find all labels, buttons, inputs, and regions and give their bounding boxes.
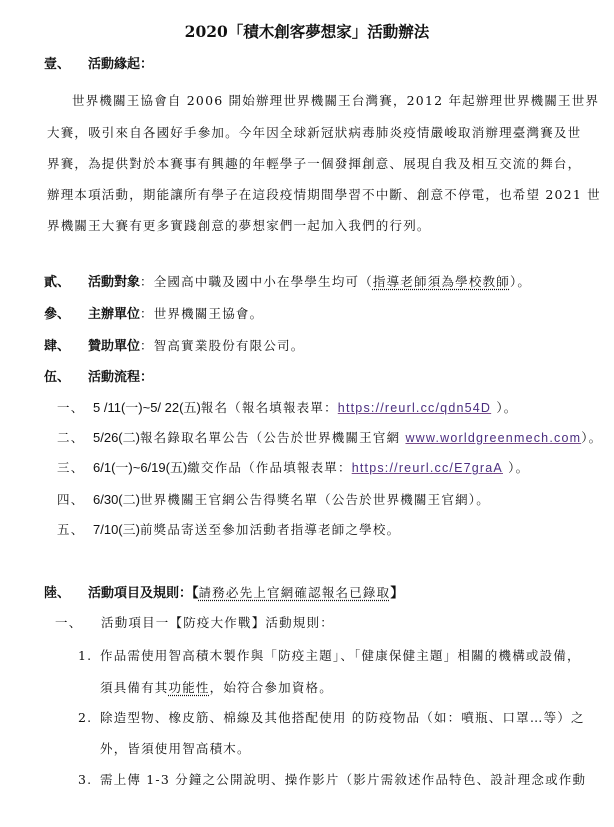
bracket-close: 】 (390, 586, 403, 601)
section-number: 陸、 (44, 586, 88, 602)
section-text: ）。 (510, 274, 531, 289)
schedule-item: 三、6/1(一)~6/19(五)繳交作品（作品填報表單：https://reur… (57, 460, 529, 476)
rule-number: 3. (78, 772, 100, 788)
section-label: 贊助單位 (88, 339, 140, 354)
underlined-term: 功能性 (169, 680, 210, 695)
schedule-item: 四、6/30(二)世界機關王官網公告得獎名單（公告於世界機關王官網）。 (57, 492, 490, 508)
rule-item-continuation: 須具備有其功能性，始符合參加資格。 (100, 680, 333, 696)
section-6-heading: 陸、活動項目及規則：【請務必先上官網確認報名已錄取】 (44, 585, 403, 602)
section-label: 活動緣起： (88, 57, 153, 72)
item-text: 世界機關王官網公告得獎名單（公告於世界機關王官網）。 (140, 492, 490, 507)
rule-number: 2. (78, 710, 100, 726)
item-text: ）。 (491, 400, 517, 415)
section-number: 壹、 (44, 57, 88, 73)
paragraph-line: 辦理本項活動，期能讓所有學子在這段疫情期間學習不中斷、創意不停電，也希望 202… (47, 187, 601, 203)
sub-item-heading: 一、活動項目一【防疫大作戰】活動規則： (55, 615, 334, 631)
item-number: 三、 (57, 460, 93, 476)
sub-item-text: 活動項目一【防疫大作戰】活動規則： (101, 615, 334, 630)
item-number: 一、 (57, 400, 93, 416)
paragraph-line: 界賽，為提供對於本賽事有興趣的年輕學子一個發揮創意、展現自我及相互交流的舞台， (47, 156, 581, 172)
section-label: 主辦單位 (88, 307, 140, 322)
item-date: 7/10(三) (93, 522, 140, 537)
item-text: ）。 (581, 430, 602, 445)
section-number: 伍、 (44, 370, 88, 386)
section-number: 貳、 (44, 275, 88, 291)
section-4-heading: 肆、贊助單位：智高實業股份有限公司。 (44, 338, 304, 355)
rule-number: 1. (78, 648, 100, 664)
item-text: 報名（報名填報表單： (201, 400, 338, 415)
section-text: ：全國高中職及國中小在學學生均可（ (140, 274, 373, 289)
section-label: 活動對象 (88, 275, 140, 290)
schedule-item: 一、5 /11(一)~5/ 22(五)報名（報名填報表單：https://reu… (57, 400, 517, 416)
rule-item: 1.作品需使用智高積木製作與「防疫主題」、「健康保健主題」相關的機構或設備， (78, 648, 581, 664)
item-text: 繳交作品（作品填報表單： (187, 460, 351, 475)
official-website-link[interactable]: www.worldgreenmech.com (405, 431, 581, 445)
section-label: 活動流程： (88, 370, 153, 385)
section-text: ：世界機關王協會。 (140, 306, 263, 321)
item-date: 5 /11(一)~5/ 22(五) (93, 400, 201, 415)
section-3-heading: 參、主辦單位：世界機關王協會。 (44, 306, 263, 323)
item-text: 前獎品寄送至參加活動者指導老師之學校。 (140, 522, 400, 537)
rule-text: 需上傳 1-3 分鐘之公開說明、操作影片（影片需敘述作品特色、設計理念或作動 (100, 772, 586, 787)
sub-item-number: 一、 (55, 615, 101, 631)
underlined-note: 指導老師須為學校教師 (373, 274, 510, 289)
rule-text: ，始符合參加資格。 (210, 680, 333, 695)
schedule-item: 五、7/10(三)前獎品寄送至參加活動者指導老師之學校。 (57, 522, 400, 538)
item-date: 6/1(一)~6/19(五) (93, 460, 187, 475)
item-text: 報名錄取名單公告（公告於世界機關王官網 (140, 430, 405, 445)
section-number: 肆、 (44, 339, 88, 355)
item-text: ）。 (503, 460, 529, 475)
rule-item-continuation: 外，皆須使用智高積木。 (100, 741, 251, 757)
paragraph-line: 大賽，吸引來自各國好手參加。今年因全球新冠狀病毒肺炎疫情嚴峻取消辦理臺灣賽及世 (47, 125, 581, 141)
submission-form-link[interactable]: https://reurl.cc/E7graA (352, 461, 503, 475)
rule-text: 除造型物、橡皮筋、棉線及其他搭配使用 的防疫物品（如：噴瓶、口罩…等）之 (100, 710, 585, 725)
item-number: 二、 (57, 430, 93, 446)
rule-text: 作品需使用智高積木製作與「防疫主題」、「健康保健主題」相關的機構或設備， (100, 648, 581, 663)
section-2-heading: 貳、活動對象：全國高中職及國中小在學學生均可（指導老師須為學校教師）。 (44, 274, 531, 291)
section-number: 參、 (44, 307, 88, 323)
paragraph-line: 界機關王大賽有更多實踐創意的夢想家們一起加入我們的行列。 (47, 218, 431, 234)
section-label: 活動項目及規則： (88, 586, 192, 601)
section-text: ：智高實業股份有限公司。 (140, 338, 304, 353)
item-date: 6/30(二) (93, 492, 140, 507)
item-number: 四、 (57, 492, 93, 508)
paragraph-line: 世界機關王協會自 2006 開始辦理世界機關王台灣賽，2012 年起辦理世界機關… (72, 93, 599, 109)
notice-text: 請務必先上官網確認報名已錄取 (199, 585, 391, 600)
rule-text: 須具備有其 (100, 680, 169, 695)
document-page: 2020「積木創客夢想家」活動辦法 壹、活動緣起： 世界機關王協會自 2006 … (0, 0, 614, 827)
document-title: 2020「積木創客夢想家」活動辦法 (0, 24, 614, 40)
schedule-item: 二、5/26(二)報名錄取名單公告（公告於世界機關王官網 www.worldgr… (57, 430, 602, 446)
rule-item: 2.除造型物、橡皮筋、棉線及其他搭配使用 的防疫物品（如：噴瓶、口罩…等）之 (78, 710, 585, 726)
section-1-heading: 壹、活動緣起： (44, 57, 153, 73)
rule-item: 3.需上傳 1-3 分鐘之公開說明、操作影片（影片需敘述作品特色、設計理念或作動 (78, 772, 586, 788)
item-date: 5/26(二) (93, 430, 140, 445)
section-5-heading: 伍、活動流程： (44, 370, 153, 386)
registration-form-link[interactable]: https://reurl.cc/qdn54D (338, 401, 491, 415)
item-number: 五、 (57, 522, 93, 538)
